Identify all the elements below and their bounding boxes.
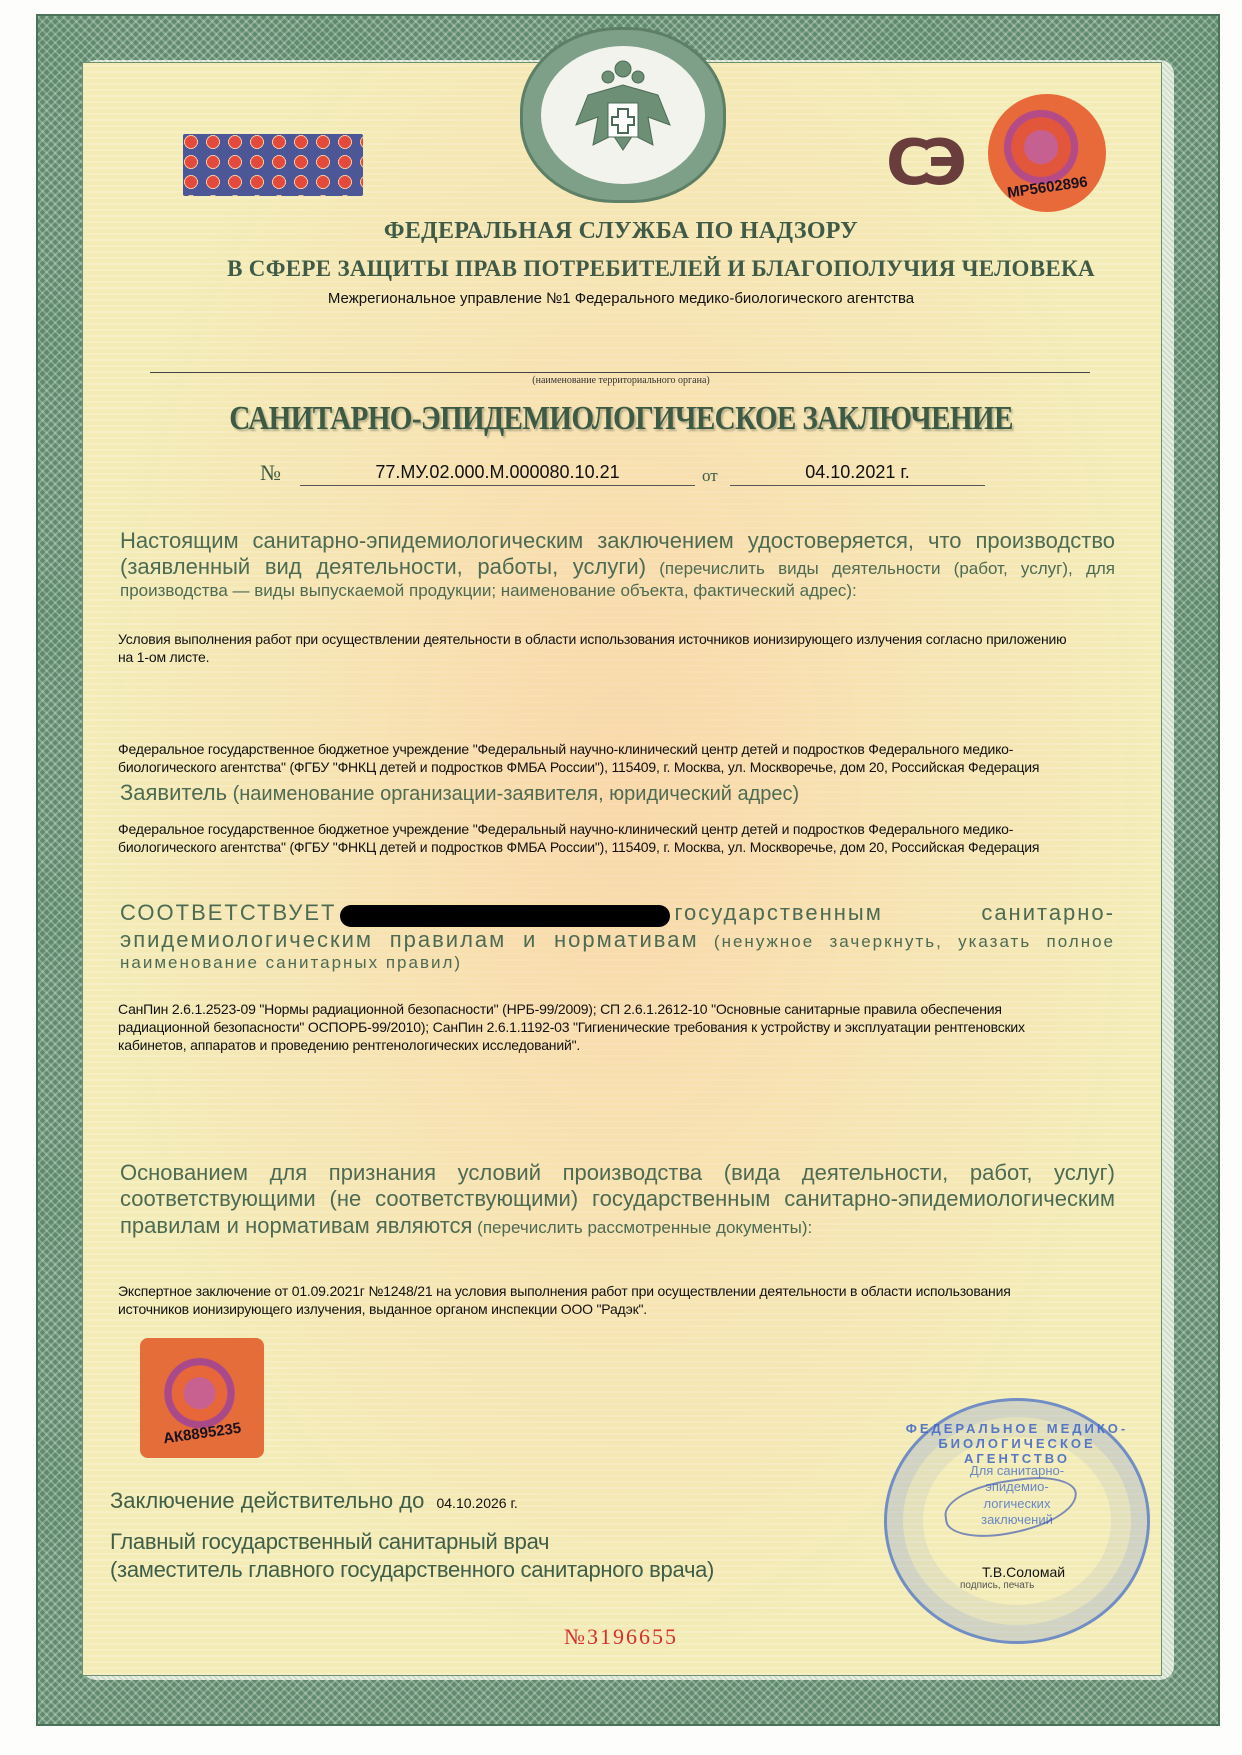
basis-value: Экспертное заключение от 01.09.2021г №12… (118, 1282, 1078, 1318)
signer-name: Т.В.Соломай (982, 1564, 1065, 1580)
applicant-value: Федеральное государственное бюджетное уч… (118, 820, 1078, 856)
applicant-label-hint: (наименование организации-заявителя, юри… (227, 783, 799, 805)
se-mark-logo: СЭ (886, 126, 957, 199)
activity-value: Условия выполнения работ при осуществлен… (118, 630, 1078, 666)
territorial-underline (150, 372, 1090, 373)
signatory-title-line2: (заместитель главного государственного с… (110, 1556, 714, 1584)
date-label: от (702, 466, 718, 486)
agency-name-line2: В СФЕРЕ ЗАЩИТЫ ПРАВ ПОТРЕБИТЕЛЕЙ И БЛАГО… (40, 256, 1242, 282)
applicant-label: Заявитель (наименование организации-заяв… (120, 780, 1115, 806)
hologram-sticker-bottom: АК8895235 (140, 1338, 264, 1458)
basis-label: Основанием для признания условий произво… (120, 1160, 1115, 1239)
number-sign: № (260, 460, 281, 486)
signature-caption: подпись, печать (960, 1580, 1034, 1591)
document-title: САНИТАРНО-ЭПИДЕМИОЛОГИЧЕСКОЕ ЗАКЛЮЧЕНИЕ (87, 400, 1155, 438)
document-date: 04.10.2021 г. (730, 462, 985, 486)
hologram-seal-top: МР5602896 (988, 94, 1106, 212)
signatory-title-line1: Главный государственный санитарный врач (110, 1528, 714, 1556)
hologram-serial-top: МР5602896 (1006, 173, 1088, 201)
agency-name-line1: ФЕДЕРАЛЬНАЯ СЛУЖБА ПО НАДЗОРУ (0, 218, 1242, 245)
activity-label: Настоящим санитарно-эпидемиологическим з… (120, 528, 1115, 601)
hologram-serial-bottom: АК8895235 (162, 1420, 242, 1448)
conformity-verdict: СООТВЕТСТВУЕТ (120, 900, 336, 925)
signatory-title: Главный государственный санитарный врач … (110, 1528, 714, 1583)
document-number-row: № 77.МУ.02.000.М.000080.10.21 от 04.10.2… (260, 462, 1000, 492)
territorial-caption: (наименование территориального органа) (0, 375, 1242, 386)
blank-serial-number: №3196655 (0, 1624, 1242, 1650)
validity-date: 04.10.2026 г. (436, 1495, 517, 1511)
coat-of-arms-plate (523, 30, 723, 200)
validity-label: Заключение действительно до (110, 1488, 424, 1513)
redaction-bar (340, 905, 670, 927)
stamp-ring-text: ФЕДЕРАЛЬНОЕ МЕДИКО-БИОЛОГИЧЕСКОЕ АГЕНТСТ… (887, 1421, 1147, 1466)
double-headed-eagle-icon (568, 55, 678, 175)
conformity-value: СанПин 2.6.1.2523-09 "Нормы радиационной… (118, 1000, 1078, 1055)
hologram-strip (183, 134, 363, 196)
basis-label-hint: (перечислить рассмотренные документы): (472, 1218, 812, 1237)
territorial-body: Межрегиональное управление №1 Федерально… (0, 290, 1242, 307)
document-number: 77.МУ.02.000.М.000080.10.21 (300, 462, 695, 486)
applicant-label-main: Заявитель (120, 780, 227, 805)
conformity-label: СООТВЕТСТВУЕТгосударственным санитарно-э… (120, 900, 1115, 974)
activity-address: Федеральное государственное бюджетное уч… (118, 740, 1078, 776)
validity-row: Заключение действительно до 04.10.2026 г… (110, 1488, 518, 1514)
